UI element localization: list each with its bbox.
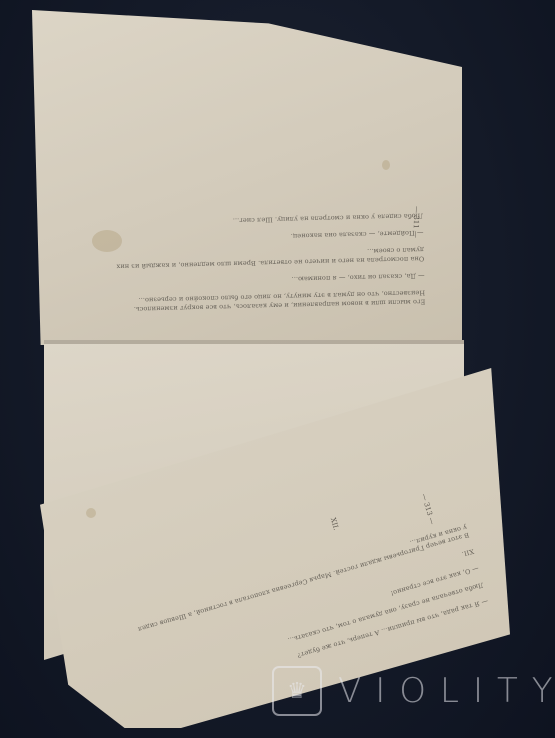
- page-fold-shadow: [44, 340, 464, 344]
- crown-icon: ♛: [272, 666, 322, 716]
- book-page-top: Его мысли шли в новом направлении, и ему…: [32, 10, 462, 345]
- page-number-top: — 311 —: [411, 206, 420, 238]
- paper-stain: [86, 508, 96, 518]
- page-text-top: Его мысли шли в новом направлении, и ему…: [89, 46, 426, 315]
- watermark-text: VIOLITY: [338, 671, 555, 711]
- watermark: ♛ VIOLITY: [272, 666, 555, 716]
